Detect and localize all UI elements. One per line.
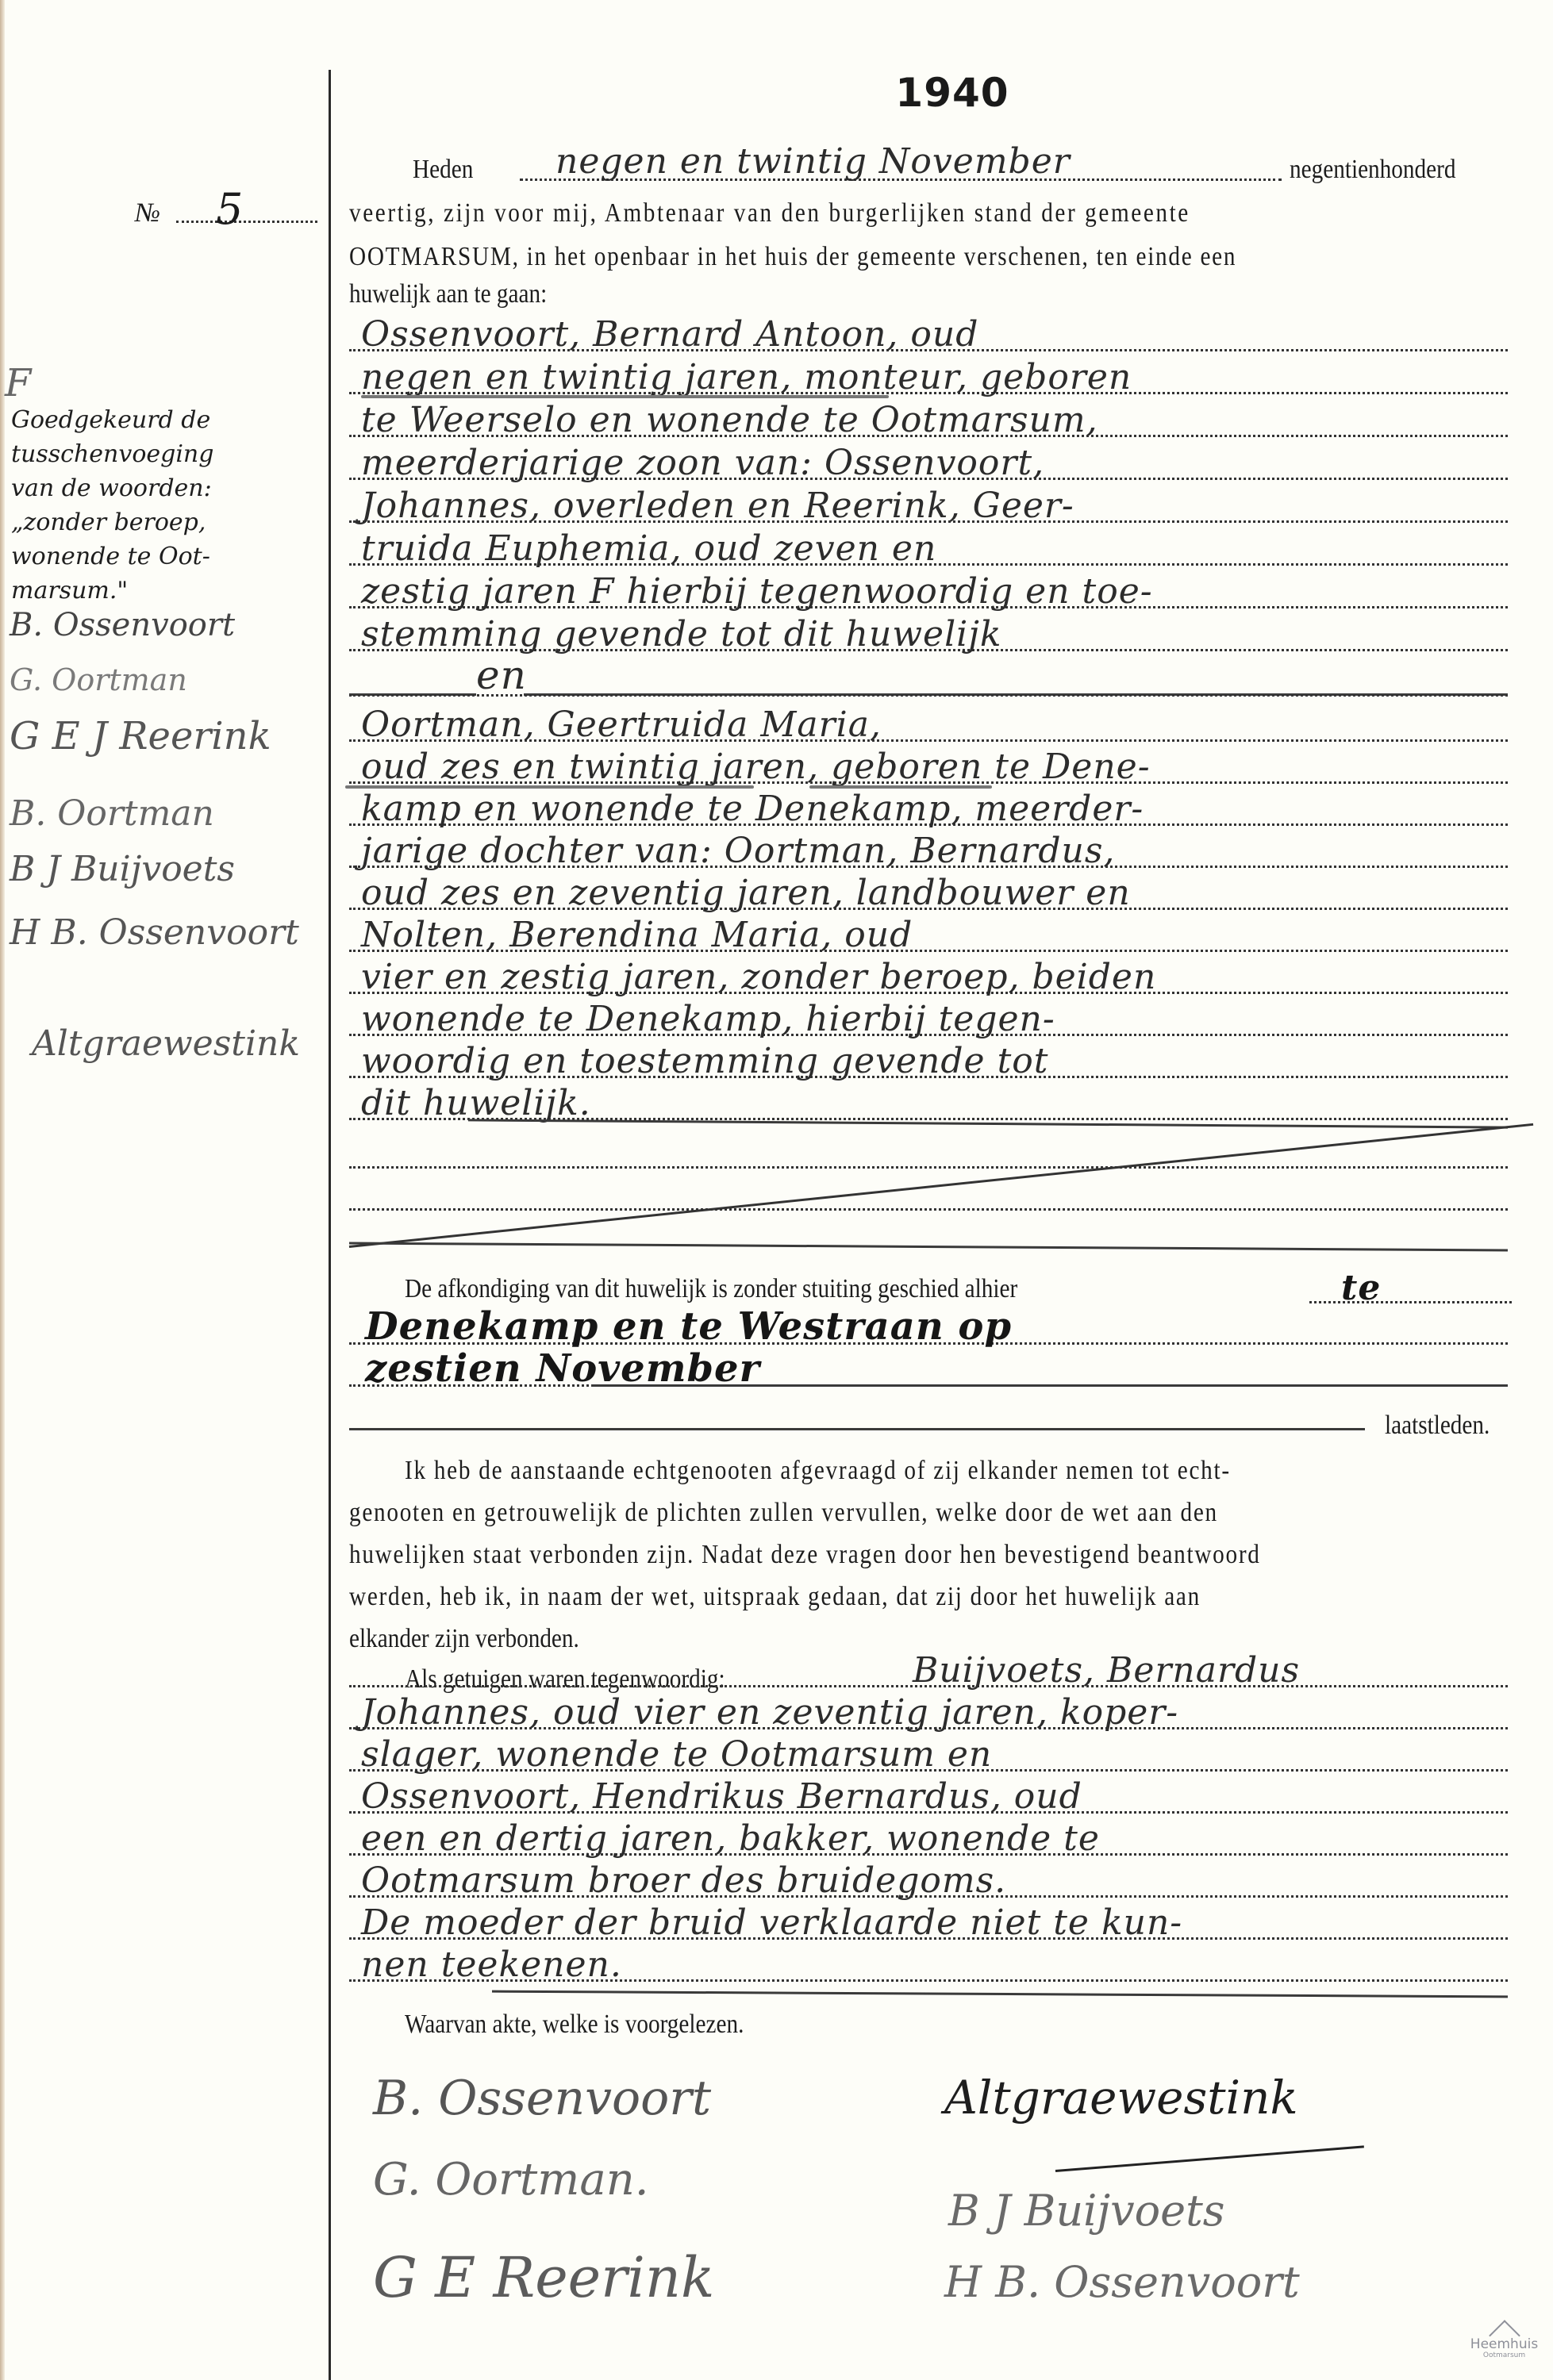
bride-line: Nolten, Berendina Maria, oud	[361, 915, 913, 955]
heden-label: Heden	[413, 155, 473, 185]
groom-line: Johannes, overleden en Reerink, Geer-	[361, 486, 1074, 526]
strike-end-bride	[468, 1119, 1508, 1128]
witness-line: De moeder der bruid verklaarde niet te k…	[361, 1902, 1182, 1943]
witness-line: een en dertig jaren, bakker, wonende te	[361, 1818, 1100, 1859]
margin-signature: Altgraewestink	[32, 1023, 300, 1064]
groom-line: stemming gevende tot dit huwelijk	[361, 614, 1002, 654]
record-number: 5	[216, 184, 243, 234]
witness-line: nen teekenen.	[361, 1944, 622, 1985]
record-number-label: №	[135, 198, 160, 228]
declaration-line: werden, heb ik, in naam der wet, uitspra…	[349, 1582, 1201, 1612]
witness-strike	[492, 1990, 1508, 1998]
name-underline	[809, 785, 992, 789]
empty-line-2	[349, 1208, 1508, 1211]
record-number-dots	[176, 221, 317, 223]
laatstleden-label: laatstleden.	[1385, 1411, 1490, 1441]
margin-signature: G E J Reerink	[10, 714, 271, 758]
conjunction-strike-left	[349, 693, 476, 696]
heemhuis-watermark: Heemhuis Ootmarsum	[1459, 2324, 1550, 2359]
margin-mark: F	[5, 361, 31, 405]
groom-line: truida Euphemia, oud zeven en	[361, 528, 936, 569]
groom-line: meerderjarige zoon van: Ossenvoort,	[361, 443, 1044, 483]
margin-signature: B. Ossenvoort	[10, 607, 235, 643]
watermark-place: Ootmarsum	[1459, 2351, 1550, 2359]
margin-signature: B. Oortman	[10, 793, 214, 834]
header-line-3: OOTMARSUM, in het openbaar in het huis d…	[349, 242, 1236, 272]
margin-rule	[329, 70, 331, 2380]
declaration-line: huwelijken staat verbonden zijn. Nadat d…	[349, 1540, 1261, 1570]
groom-line: te Weerselo en wonende te Ootmarsum,	[361, 400, 1098, 440]
groom-line: negen en twintig jaren, monteur, geboren	[361, 357, 1132, 397]
witness-line: Johannes, oud vier en zeventig jaren, ko…	[361, 1692, 1178, 1733]
strike-diagonal	[349, 1123, 1533, 1248]
empty-line-1	[349, 1166, 1508, 1169]
signature-bride: G. Oortman.	[373, 2154, 649, 2205]
conjunction-strike-right	[524, 693, 1508, 696]
publication-dots-1	[1309, 1301, 1512, 1303]
declaration-line: genooten en getrouwelijk de plichten zul…	[349, 1498, 1218, 1528]
bride-line: jarige dochter van: Oortman, Bernardus,	[361, 831, 1115, 871]
bride-line: oud zes en twintig jaren, geboren te Den…	[361, 747, 1151, 787]
witness-line: Ossenvoort, Hendrikus Bernardus, oud	[361, 1776, 1082, 1817]
groom-line: Ossenvoort, Bernard Antoon, oud	[361, 314, 978, 355]
bride-line: kamp en wonende te Denekamp, meerder-	[361, 789, 1144, 829]
margin-note-line: tusschenvoeging	[11, 437, 213, 471]
bride-line: dit huwelijk.	[361, 1083, 591, 1123]
bride-line: woordig en toestemming gevende tot	[361, 1041, 1048, 1081]
date-handwritten: negen en twintig November	[555, 141, 1071, 182]
margin-note-line: van de woorden:	[11, 471, 212, 505]
negentienhonderd-label: negentienhonderd	[1290, 155, 1455, 185]
closing-text: Waarvan akte, welke is voorgelezen.	[405, 2010, 744, 2040]
conjunction: en	[476, 652, 527, 698]
name-underline	[555, 785, 754, 789]
signature-witness-2: H B. Ossenvoort	[944, 2257, 1300, 2307]
margin-note-line: marsum."	[11, 574, 128, 608]
publication-strike-4	[349, 1428, 1365, 1430]
witness-line: slager, wonende te Ootmarsum en	[361, 1734, 992, 1775]
bride-line: wonende te Denekamp, hierbij tegen-	[361, 999, 1055, 1039]
registrar-flourish	[1055, 2145, 1364, 2172]
witness-line: Buijvoets, Bernardus	[913, 1650, 1300, 1691]
page-edge	[0, 0, 5, 2380]
publication-hand-1: te	[1341, 1268, 1381, 1308]
signature-mother-groom: G E Reerink	[373, 2245, 714, 2310]
signature-registrar: Altgraewestink	[944, 2071, 1298, 2125]
bride-line: oud zes en zeventig jaren, landbouwer en	[361, 873, 1131, 913]
groom-line: zestig jaren F hierbij tegenwoordig en t…	[361, 571, 1153, 612]
publication-hand-3: zestien November	[365, 1346, 760, 1391]
margin-note-line: wonende te Oot-	[11, 539, 210, 574]
margin-note-line: „zonder beroep,	[11, 505, 206, 539]
declaration-line: Ik heb de aanstaande echtgenooten afgevr…	[405, 1456, 1231, 1486]
name-underline	[690, 395, 889, 398]
witness-line: Ootmarsum broer des bruidegoms.	[361, 1860, 1006, 1901]
bride-line: vier en zestig jaren, zonder beroep, bei…	[361, 957, 1156, 997]
publication-hand-2: Denekamp en te Westraan op	[365, 1304, 1012, 1349]
header-line-2: veertig, zijn voor mij, Ambtenaar van de…	[349, 198, 1190, 228]
margin-note-line: Goedgekeurd de	[11, 403, 210, 437]
document-year: 1940	[873, 70, 1032, 116]
margin-signature: H B. Ossenvoort	[10, 912, 299, 953]
margin-signature: G. Oortman	[10, 662, 187, 697]
signature-witness-1: B J Buijvoets	[948, 2186, 1225, 2236]
witnesses-label: Als getuigen waren tegenwoordig:	[405, 1664, 725, 1695]
strike-bottom	[349, 1242, 1508, 1252]
publication-text: De afkondiging van dit huwelijk is zonde…	[405, 1274, 1017, 1304]
bride-line: Oortman, Geertruida Maria,	[361, 704, 882, 745]
header-line-4: huwelijk aan te gaan:	[349, 279, 547, 309]
declaration-line: elkander zijn verbonden.	[349, 1624, 579, 1654]
signature-groom: B. Ossenvoort	[373, 2071, 711, 2126]
margin-signature: B J Buijvoets	[10, 849, 235, 889]
